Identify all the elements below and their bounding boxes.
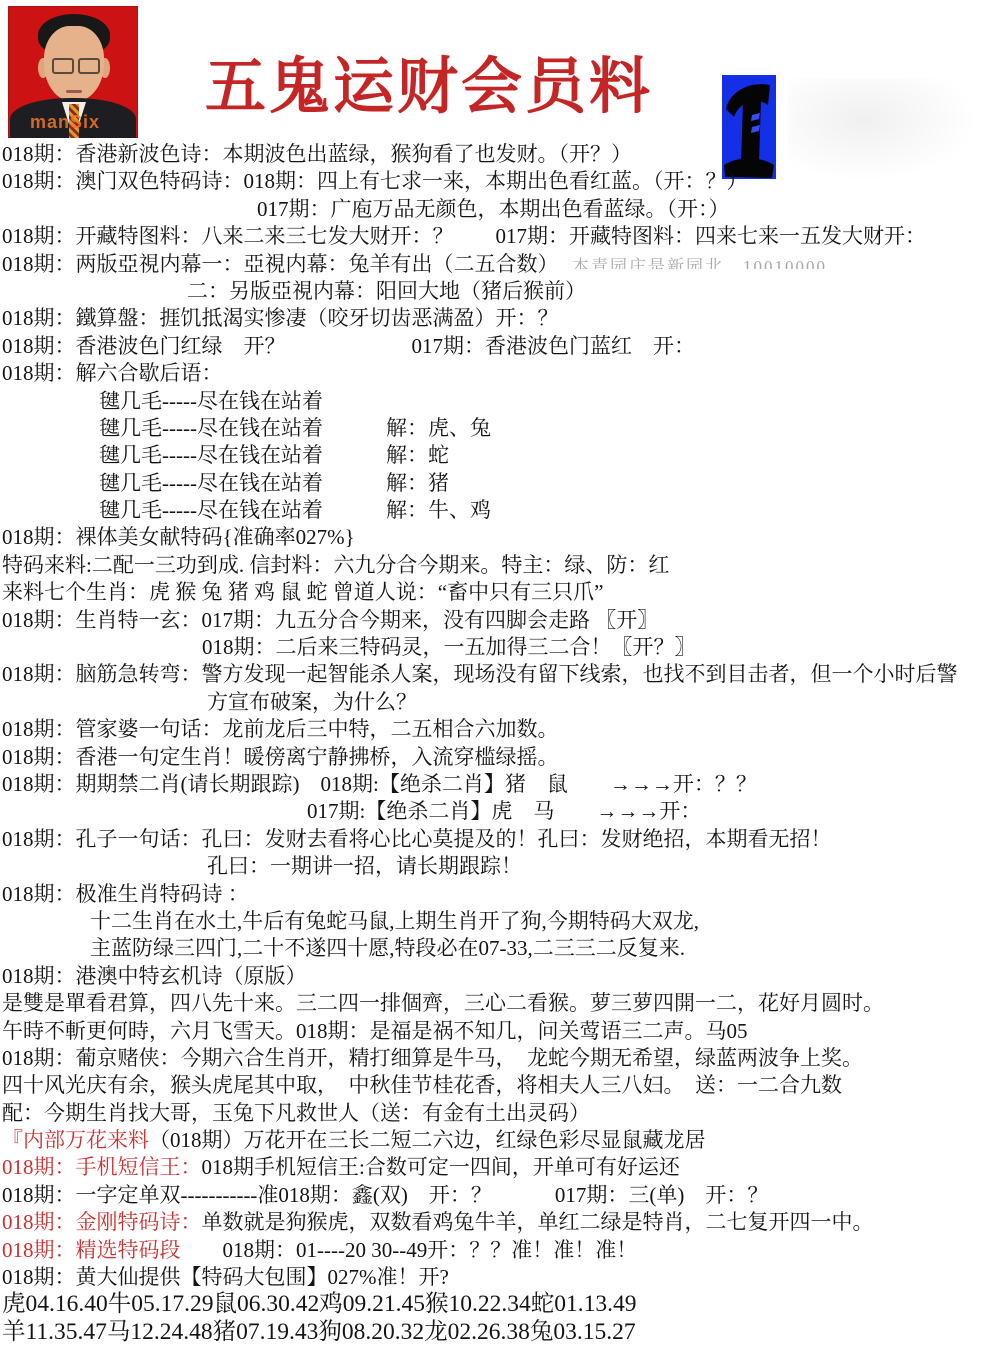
line-confucius-2: 孔曰：一期讲一招，请长期跟踪！	[2, 853, 1006, 880]
line-gangao-poem-head: 018期：港澳中特玄机诗（原版）	[2, 963, 1006, 990]
line-zodiac-numbers-2: 羊11.35.47马12.24.48猪07.19.43狗08.20.32龙02.…	[2, 1319, 1006, 1346]
page-title: 五鬼运财会员料	[205, 38, 653, 125]
line-xiehouyu-4: 毽几毛-----尽在钱在站着 解：猪	[2, 470, 1006, 497]
line-sms-king: 018期：手机短信王：018期手机短信王:合数可定一四间，开单可有好运还	[2, 1154, 1006, 1181]
line-017-poem: 017期：广庖万品无颜色，本期出色看蓝绿。（开：）	[2, 196, 1006, 223]
content-lines: 018期：香港新波色诗：本期波色出蓝绿，猴狗看了也发财。（开？） 018期：澳门…	[2, 141, 1006, 1346]
line-xiehouyu-5: 毽几毛-----尽在钱在站着 解：牛、鸡	[2, 497, 1006, 524]
line-wong-tai-sin: 018期：黄大仙提供【特码大包围】027%准！开?	[2, 1264, 1006, 1291]
line-selected-segment: 018期：精选特码段 018期：01----20 30--49开：？？准！准！准…	[2, 1237, 1006, 1264]
line-xiehouyu-2: 毽几毛-----尽在钱在站着 解：虎、兔	[2, 415, 1006, 442]
line-macau-poem: 018期：澳门双色特码诗：018期：四上有七求一来，本期出色看红蓝。（开：？）	[2, 168, 1006, 195]
line-zodiac-poem-2: 主蓝防绿三四门,二十不遂四十愿,特段必在07-33,二三三二反复来.	[2, 935, 1006, 962]
line-housekeeper: 018期：管家婆一句话：龙前龙后三中特，二五相合六加数。	[2, 716, 1006, 743]
line-ban-two-zodiac-2: 017期:【绝杀二肖】虎 马 →→→开：	[2, 798, 1006, 825]
line-pujing-1: 018期：葡京赌侠：今期六合生肖开，精打细算是牛马， 龙蛇今期无希望，绿蓝两波争…	[2, 1045, 1006, 1072]
line-color-gate: 018期：香港波色门红绿 开？ 017期：香港波色门蓝红 开：	[2, 333, 1006, 360]
line-hk-wave-poem: 018期：香港新波色诗：本期波色出蓝绿，猴狗看了也发财。（开？）	[2, 141, 1006, 168]
tip-sheet-page: manSix 五鬼运财会员料 本青园庄是新园北 10010000 018期：香港…	[0, 0, 1006, 1351]
line-atv-insider-2: 二：另版亞視内幕：阳回大地（猪后猴前）	[2, 278, 1006, 305]
line-wanhua: 『内部万花来料（018期）万花开在三长二短二六边，红绿色彩尽显鼠藏龙居	[2, 1127, 1006, 1154]
line-ban-two-zodiac-1: 018期：期期禁二肖(请长期跟踪) 018期:【绝杀二肖】猪 鼠 →→→开：？？	[2, 771, 1006, 798]
glasses-icon	[78, 58, 100, 74]
line-brain-teaser-2: 方宣布破案，为什么？	[2, 689, 1006, 716]
line-accuracy: 018期：裸体美女献特码{准确率027%}	[2, 524, 1006, 551]
line-pujing-3: 配：今期生肖找大哥，玉兔下凡救世人（送：有金有土出灵码）	[2, 1100, 1006, 1127]
line-xiehouyu-3: 毽几毛-----尽在钱在站着 解：蛇	[2, 442, 1006, 469]
line-zodiac-poem-1: 十二生肖在水土,牛后有兔蛇马鼠,上期生肖开了狗,今期特码大双龙,	[2, 908, 1006, 935]
line-atv-insider-1: 018期：两版亞視内幕一：亞視内幕：兔羊有出（二五合数）	[2, 251, 1006, 278]
line-single-double: 018期：一字定单双-----------准018期：鑫(双) 开：？ 017期…	[2, 1182, 1006, 1209]
line-zodiac-poem-head: 018期：极准生肖特码诗 ：	[2, 881, 1006, 908]
line-pujing-2: 四十风光庆有余，猴头虎尾其中取， 中秋佳节桂花香，将相夫人三八妇。 送：一二合九…	[2, 1072, 1006, 1099]
line-seven-zodiac: 来料七个生肖：虎 猴 兔 猪 鸡 鼠 蛇 曾道人说：“畜中只有三只爪”	[2, 579, 1006, 606]
glasses-icon	[52, 58, 74, 74]
line-xiehouyu-head: 018期：解六合歇后语：	[2, 360, 1006, 387]
line-tuliao: 018期：开藏特图料：八来二来三七发大财开：？ 017期：开藏特图料：四来七来一…	[2, 223, 1006, 250]
line-zodiac-mystery-2: 018期：二后来三特码灵，一五加得三二合！〖开？〗	[2, 634, 1006, 661]
line-zodiac-numbers-1: 虎04.16.40牛05.17.29鼠06.30.42鸡09.21.45猴10.…	[2, 1291, 1006, 1318]
line-king-kong-poem: 018期：金刚特码诗：单数就是狗猴虎，双数看鸡兔牛羊，单红二绿是特肖，二七复开四…	[2, 1209, 1006, 1236]
photo-watermark: manSix	[30, 112, 100, 133]
portrait-photo: manSix	[8, 6, 138, 138]
line-confucius-1: 018期：孔子一句话：孔曰：发财去看将心比心莫提及的！孔曰：发财绝招，本期看无招…	[2, 826, 1006, 853]
line-xiehouyu-1: 毽几毛-----尽在钱在站着	[2, 388, 1006, 415]
line-gangao-poem-1: 是雙是單看君算，四八先十来。三二四一排個齊，三心二看猴。萝三萝四開一二，花好月圆…	[2, 990, 1006, 1017]
line-gangao-poem-2: 午時不斬更何時，六月飞雪天。018期：是福是祸不知几，问关莺语三二声。马05	[2, 1018, 1006, 1045]
line-brain-teaser-1: 018期：脑筋急转弯：警方发现一起智能杀人案，现场没有留下线索，也找不到目击者，…	[2, 661, 1006, 688]
line-zodiac-mystery-1: 018期：生肖特一玄：017期：九五分合今期来，没有四脚会走路 〖开〗	[2, 607, 1006, 634]
line-iron-abacus: 018期：鐵算盤：捱饥抵渴实惨凄（咬牙切齿恶满盈）开：？	[2, 305, 1006, 332]
line-tema-source: 特码来料:二配一三功到成. 信封料：六九分合今期来。特主：绿、防：红	[2, 552, 1006, 579]
line-hk-sentence: 018期：香港一句定生肖！暖傍离宁静拂桥，入流穿槛绿摇。	[2, 744, 1006, 771]
